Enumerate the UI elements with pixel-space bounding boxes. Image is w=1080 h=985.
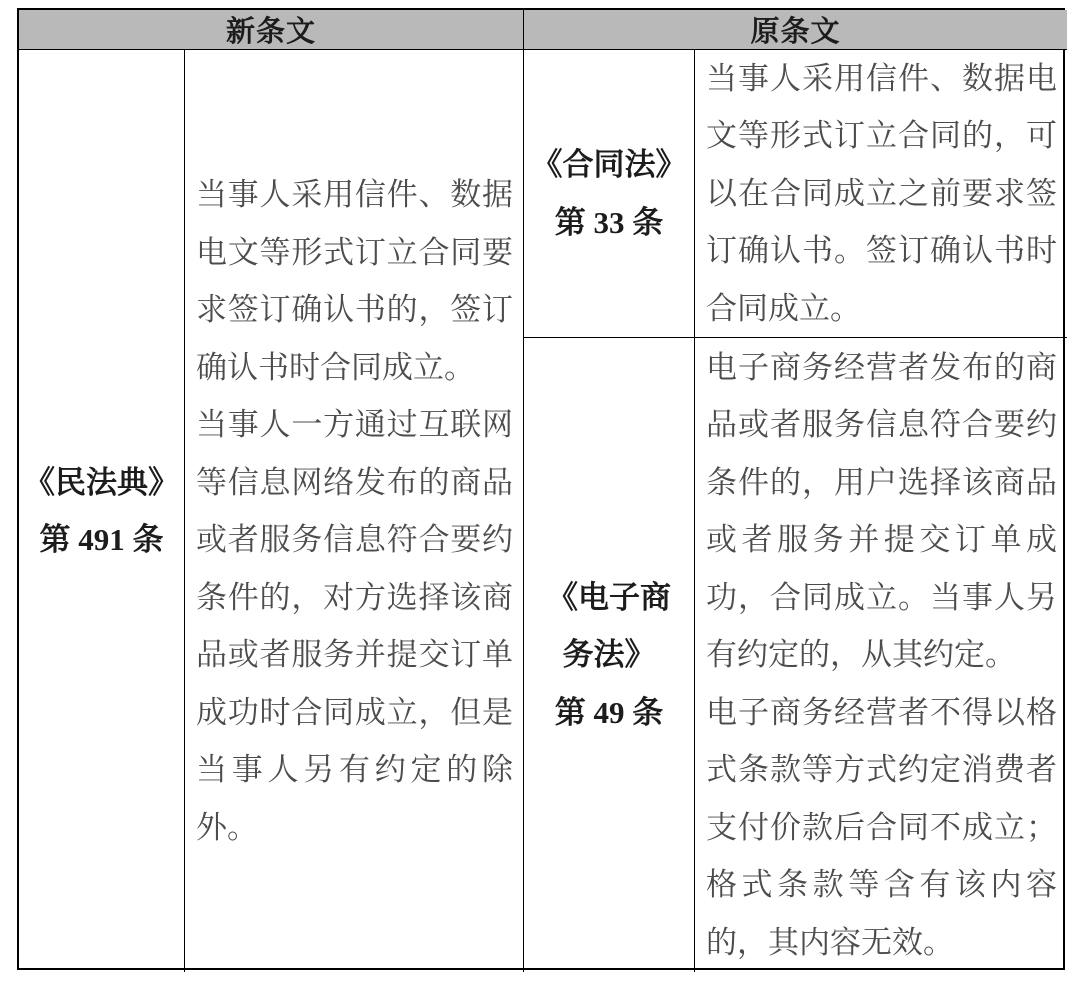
header-new-article: 新条文 <box>19 10 524 50</box>
original-article-paragraph: 电子商务经营者发布的商品或者服务信息符合要约条件的，用户选择该商品或者服务并提交… <box>706 339 1057 684</box>
original-article-paragraph: 当事人采用信件、数据电文等形式订立合同的，可以在合同成立之前要求签订确认书。签订… <box>706 50 1057 337</box>
original-article-text-dianzishangwufa: 电子商务经营者发布的商品或者服务信息符合要约条件的，用户选择该商品或者服务并提交… <box>695 338 1067 972</box>
header-original-article: 原条文 <box>524 10 1067 50</box>
new-article-text: 当事人采用信件、数据电文等形式订立合同要求签订确认书的，签订确认书时合同成立。 … <box>185 50 524 972</box>
original-article-text-hetongfa: 当事人采用信件、数据电文等形式订立合同的，可以在合同成立之前要求签订确认书。签订… <box>695 50 1067 338</box>
source-label-hetongfa: 《合同法》 第 33 条 <box>524 50 695 338</box>
new-article-paragraph: 当事人一方通过互联网等信息网络发布的商品或者服务信息符合要约条件的，对方选择该商… <box>196 396 513 856</box>
source-label-dianzishangwufa: 《电子商 务法》 第 49 条 <box>524 338 695 972</box>
new-article-paragraph: 当事人采用信件、数据电文等形式订立合同要求签订确认书的，签订确认书时合同成立。 <box>196 166 513 396</box>
original-article-paragraph: 电子商务经营者不得以格式条款等方式约定消费者支付价款后合同不成立；格式条款等含有… <box>706 684 1057 972</box>
source-label-minfadian: 《民法典》 第 491 条 <box>19 50 185 972</box>
law-comparison-table: 新条文 原条文 《民法典》 第 491 条 当事人采用信件、数据电文等形式订立合… <box>17 8 1065 970</box>
document-page: 新条文 原条文 《民法典》 第 491 条 当事人采用信件、数据电文等形式订立合… <box>0 0 1080 985</box>
